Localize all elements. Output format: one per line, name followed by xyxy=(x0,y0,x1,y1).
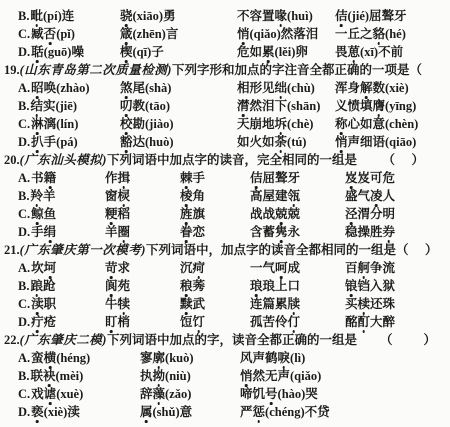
word-item: 啼饥号(hào)哭 xyxy=(240,385,446,403)
option-label: B. xyxy=(18,9,29,23)
option-cell: B.踉跄 xyxy=(18,277,105,295)
word-item: 相形见绌(chù) xyxy=(237,79,335,97)
word-item: 执拗(niù) xyxy=(140,367,240,385)
word-item: 昭唤(zhào) xyxy=(31,81,89,95)
word-item: 悄声细语(qiāo) xyxy=(335,133,446,151)
word-item: 战战兢兢 xyxy=(250,205,345,223)
word-item: 畏葸(xī)不前 xyxy=(335,43,446,61)
word-item: 作揖 xyxy=(105,169,180,187)
option-row: C.臧否(pǐ) 箴(zhēn)言 悄(qiǎo)然落泪 一丘之貉(hé) xyxy=(4,25,446,43)
word-item: 天崩地坼(chè) xyxy=(237,115,335,133)
option-label: C. xyxy=(18,117,30,131)
option-row: C.淋漓(lín) 校勘(jiào) 天崩地坼(chè) 称心如意(chèn) xyxy=(4,115,446,133)
option-row: D.亵(xiè)渎 属(shǔ)意 严惩(chéng)不贷 xyxy=(4,403,446,421)
option-label: C. xyxy=(18,207,30,221)
option-row: C.鲸鱼 粳稻 旌旗 战战兢兢 泾渭分明 xyxy=(4,205,446,223)
word-item: 稂莠 xyxy=(180,277,250,295)
option-cell: A.书籍 xyxy=(18,169,105,187)
word-item: 羚羊 xyxy=(30,189,55,203)
option-cell: D.聒(guō)噪 xyxy=(18,43,120,61)
word-item: 手绢 xyxy=(31,225,56,239)
option-label: B. xyxy=(18,369,29,383)
word-item: 盯梢 xyxy=(105,313,180,331)
option-cell: C.渎职 xyxy=(18,295,105,313)
word-item: 牛犊 xyxy=(105,295,180,313)
word-item: 如火如荼(tú) xyxy=(237,133,335,151)
word-item: 骁(xiāo)勇 xyxy=(120,7,237,25)
word-item: 亵(xiè)渎 xyxy=(31,405,80,419)
answer-bracket: （ ） xyxy=(382,151,426,169)
word-item: 鲸鱼 xyxy=(31,207,56,221)
word-item: 稳操胜券 xyxy=(345,223,446,241)
option-cell: D.扒手(pá) xyxy=(18,133,120,151)
word-item: 窗棂 xyxy=(105,187,180,205)
word-item: 扒手(pá) xyxy=(31,135,78,149)
word-item: 渎职 xyxy=(31,297,56,311)
word-item: 危如累(lěi)卵 xyxy=(237,43,335,61)
question-stem: 下列词语中加点字的读音，完全相同的一组是 xyxy=(107,151,357,169)
word-item: 孤苦伶仃 xyxy=(250,313,345,331)
word-item: 辞藻(zǎo) xyxy=(140,385,240,403)
question-stem: 下列词语中加点的字，读音全都正确的一组是 xyxy=(107,331,357,349)
option-cell: B.结实(jiē) xyxy=(18,97,120,115)
word-item: 含蓄隽永 xyxy=(250,223,345,241)
word-item: 校勘(jiào) xyxy=(120,115,237,133)
option-label: D. xyxy=(18,315,30,329)
option-row: A.书籍 作揖 棘手 佶屈聱牙 岌岌可危 xyxy=(4,169,446,187)
question-stem: 下列词语中，加点字的读音全都相同的一组是 xyxy=(146,241,396,259)
word-item: 买椟还珠 xyxy=(345,295,446,313)
option-cell: C.淋漓(lín) xyxy=(18,115,120,133)
word-item: 苛求 xyxy=(105,259,180,277)
word-item: 饾饤 xyxy=(180,313,250,331)
option-cell: B.联袂(mèi) xyxy=(18,367,140,385)
option-row: C.戏谑(xuè) 辞藻(zǎo) 啼饥号(hào)哭 xyxy=(4,385,446,403)
question-line: 19.(山东青岛第二次质量检测)下列字形和加点的字注音全都正确的一项是 （ ） xyxy=(4,61,446,79)
word-item: 羊圈 xyxy=(105,223,180,241)
word-item: 一气呵成 xyxy=(250,259,345,277)
question-source: (广东肇庆二模) xyxy=(20,331,107,349)
word-item: 淋漓(lín) xyxy=(31,117,78,131)
word-item: 岌岌可危 xyxy=(345,169,446,187)
word-item: 义愤填膺(yīng) xyxy=(335,97,446,115)
word-item: 悄然无声(qiǎo) xyxy=(240,367,446,385)
option-cell: D.手绢 xyxy=(18,223,105,241)
option-row: B.联袂(mèi) 执拗(niù) 悄然无声(qiǎo) xyxy=(4,367,446,385)
word-item: 黩武 xyxy=(180,295,250,313)
option-label: C. xyxy=(18,27,30,41)
option-row: D.手绢 羊圈 眷恋 含蓄隽永 稳操胜券 xyxy=(4,223,446,241)
option-label: A. xyxy=(18,261,30,275)
option-cell: A.昭唤(zhào) xyxy=(18,79,120,97)
word-item: 高屋建瓴 xyxy=(250,187,345,205)
option-label: A. xyxy=(18,351,30,365)
word-item: 潸然泪下(shān) xyxy=(237,97,335,115)
option-cell: B.羚羊 xyxy=(18,187,105,205)
option-label: B. xyxy=(18,189,29,203)
word-item: 煞尾(shà) xyxy=(120,79,237,97)
option-row: A.坎坷 苛求 沉疴 一气呵成 百舸争流 xyxy=(4,259,446,277)
question-line: 22.(广东肇庆二模)下列词语中加点的字，读音全都正确的一组是 （ ） xyxy=(4,331,446,349)
word-item: 沉疴 xyxy=(180,259,250,277)
option-row: B.结实(jiē) 叨教(tāo) 潸然泪下(shān) 义愤填膺(yīng) xyxy=(4,97,446,115)
word-item: 属(shǔ)意 xyxy=(140,403,240,421)
word-item: 箴(zhēn)言 xyxy=(120,25,237,43)
option-row: D.疔疮 盯梢 饾饤 孤苦伶仃 酩酊大醉 xyxy=(4,313,446,331)
question-number: 22. xyxy=(4,331,20,349)
word-item: 聒(guō)噪 xyxy=(31,45,84,59)
word-item: 严惩(chéng)不贷 xyxy=(240,403,446,421)
word-item: 一丘之貉(hé) xyxy=(335,25,446,43)
question-number: 19. xyxy=(4,61,20,79)
word-item: 佶屈聱牙 xyxy=(250,169,345,187)
option-label: D. xyxy=(18,405,30,419)
option-row: D.聒(guō)噪 楔(qī)子 危如累(lěi)卵 畏葸(xī)不前 xyxy=(4,43,446,61)
question-number: 21. xyxy=(4,241,20,259)
option-cell: D.疔疮 xyxy=(18,313,105,331)
word-item: 不容置喙(huì) xyxy=(237,7,335,25)
option-label: D. xyxy=(18,135,30,149)
word-item: 棘手 xyxy=(180,169,250,187)
answer-bracket: （ ） xyxy=(380,331,438,349)
word-item: 风声鹤唳(lì) xyxy=(240,349,446,367)
word-item: 称心如意(chèn) xyxy=(335,115,446,133)
option-label: B. xyxy=(18,99,29,113)
word-item: 佶(jié)屈聱牙 xyxy=(335,7,446,25)
word-item: 楔(qī)子 xyxy=(120,43,237,61)
word-item: 棱角 xyxy=(180,187,250,205)
option-cell: C.臧否(pǐ) xyxy=(18,25,120,43)
option-row: A.蛮横(héng) 寥廓(kuò) 风声鹤唳(lì) xyxy=(4,349,446,367)
option-cell: A.坎坷 xyxy=(18,259,105,277)
word-item: 豁达(huò) xyxy=(120,133,237,151)
question-number: 20. xyxy=(4,151,20,169)
word-item: 戏谑(xuè) xyxy=(31,387,83,401)
word-item: 坎坷 xyxy=(31,261,56,275)
word-item: 粳稻 xyxy=(105,205,180,223)
word-item: 结实(jiē) xyxy=(30,99,77,113)
answer-bracket: （ ） xyxy=(396,241,440,259)
word-item: 眷恋 xyxy=(180,223,250,241)
question-source: (山东青岛第二次质量检测) xyxy=(20,61,172,79)
question-line: 21.(广东肇庆第一次模考)下列词语中，加点字的读音全都相同的一组是 （ ） xyxy=(4,241,446,259)
option-row: A.昭唤(zhào) 煞尾(shà) 相形见绌(chù) 浑身解数(xiè) xyxy=(4,79,446,97)
word-item: 蛮横(héng) xyxy=(31,351,90,365)
word-item: 毗(pí)连 xyxy=(30,9,74,23)
question-line: 20.(广东汕头模拟)下列词语中加点字的读音，完全相同的一组是 （ ） xyxy=(4,151,446,169)
word-item: 连篇累牍 xyxy=(250,295,345,313)
option-label: A. xyxy=(18,81,30,95)
option-cell: D.亵(xiè)渎 xyxy=(18,403,140,421)
option-label: C. xyxy=(18,387,30,401)
word-item: 叨教(tāo) xyxy=(120,97,237,115)
word-item: 浑身解数(xiè) xyxy=(335,79,446,97)
option-label: C. xyxy=(18,297,30,311)
option-row: B.羚羊 窗棂 棱角 高屋建瓴 盛气凌人 xyxy=(4,187,446,205)
word-item: 盛气凌人 xyxy=(345,187,446,205)
question-source: (广东汕头模拟) xyxy=(20,151,107,169)
word-item: 泾渭分明 xyxy=(345,205,446,223)
option-label: D. xyxy=(18,225,30,239)
option-cell: C.戏谑(xuè) xyxy=(18,385,140,403)
option-label: D. xyxy=(18,45,30,59)
word-item: 踉跄 xyxy=(30,279,55,293)
answer-bracket: （ ） xyxy=(409,61,450,79)
word-item: 联袂(mèi) xyxy=(30,369,83,383)
word-item: 百舸争流 xyxy=(345,259,446,277)
option-cell: C.鲸鱼 xyxy=(18,205,105,223)
word-item: 旌旗 xyxy=(180,205,250,223)
exam-page: B.毗(pí)连 骁(xiāo)勇 不容置喙(huì) 佶(jié)屈聱牙 C.… xyxy=(0,0,450,421)
option-cell: B.毗(pí)连 xyxy=(18,7,120,25)
question-source: (广东肇庆第一次模考) xyxy=(20,241,146,259)
word-item: 臧否(pǐ) xyxy=(31,27,75,41)
option-row: C.渎职 牛犊 黩武 连篇累牍 买椟还珠 xyxy=(4,295,446,313)
option-label: A. xyxy=(18,171,30,185)
word-item: 悄(qiǎo)然落泪 xyxy=(237,25,335,43)
option-row: D.扒手(pá) 豁达(huò) 如火如荼(tú) 悄声细语(qiāo) xyxy=(4,133,446,151)
word-item: 寥廓(kuò) xyxy=(140,349,240,367)
question-stem: 下列字形和加点的字注音全都正确的一项是 xyxy=(172,61,410,79)
word-item: 书籍 xyxy=(31,171,56,185)
word-item: 锒铛入狱 xyxy=(345,277,446,295)
word-item: 酩酊大醉 xyxy=(345,313,446,331)
word-item: 琅琅上口 xyxy=(250,277,345,295)
word-item: 阆苑 xyxy=(105,277,180,295)
option-cell: A.蛮横(héng) xyxy=(18,349,140,367)
option-row: B.踉跄 阆苑 稂莠 琅琅上口 锒铛入狱 xyxy=(4,277,446,295)
option-row: B.毗(pí)连 骁(xiāo)勇 不容置喙(huì) 佶(jié)屈聱牙 xyxy=(4,7,446,25)
option-label: B. xyxy=(18,279,29,293)
word-item: 疔疮 xyxy=(31,315,56,329)
